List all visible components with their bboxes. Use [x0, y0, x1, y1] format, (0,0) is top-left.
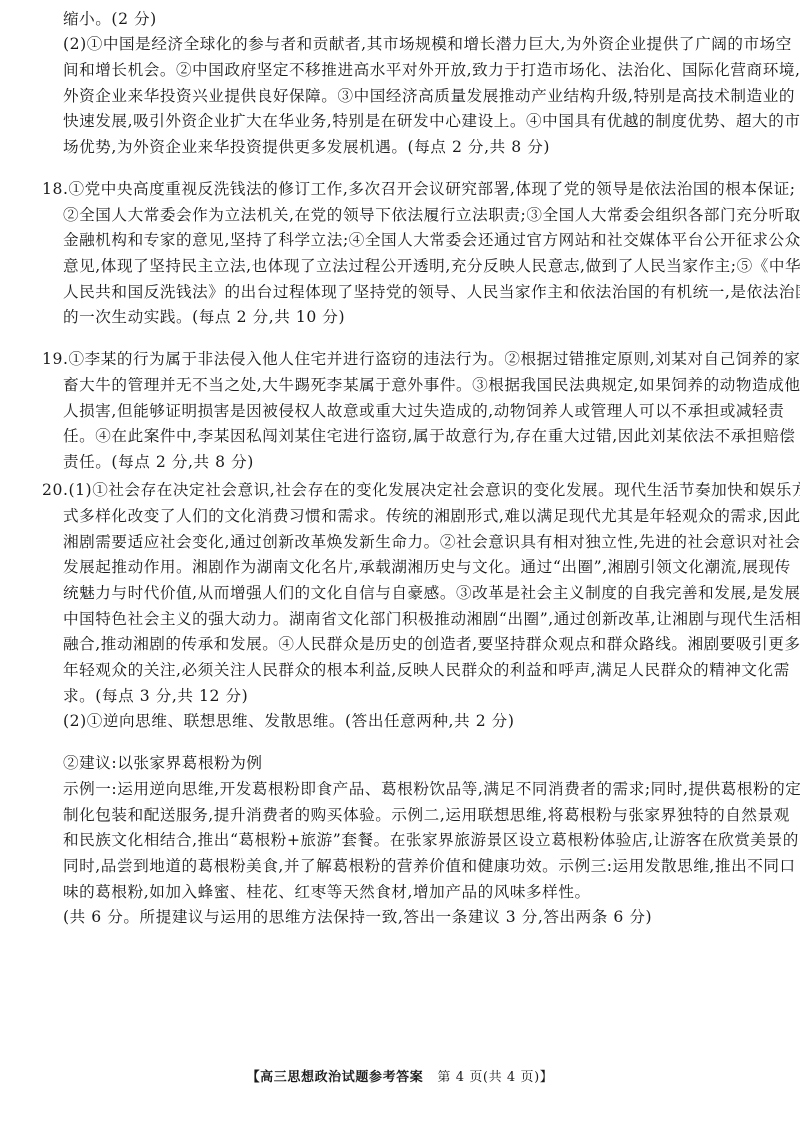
text-line: 快速发展,吸引外资企业扩大在华业务,特别是在研发中心建设上。④中国具有优越的制度… [63, 108, 763, 134]
text-line: 年轻观众的关注,必须关注人民群众的根本利益,反映人民群众的利益和呼声,满足人民群… [63, 657, 763, 683]
page-footer: 【高三思想政治试题参考答案第 4 页(共 4 页)】 [0, 1068, 800, 1088]
text-line: 求。(每点 3 分,共 12 分) [63, 683, 763, 709]
text-line: (2)①中国是经济全球化的参与者和贡献者,其市场规模和增长潜力巨大,为外资企业提… [63, 31, 763, 57]
text-line: 间和增长机会。②中国政府坚定不移推进高水平对外开放,致力于打造市场化、法治化、国… [63, 57, 763, 83]
text-line: (共 6 分。所提建议与运用的思维方法保持一致,答出一条建议 3 分,答出两条 … [63, 904, 763, 930]
text-line: 同时,品尝到地道的葛根粉美食,并了解葛根粉的营养价值和健康功效。示例三:运用发散… [63, 853, 763, 879]
text-line: 人损害,但能够证明损害是因被侵权人故意或重大过失造成的,动物饲养人或管理人可以不… [63, 398, 763, 424]
footer-page-number: 第 4 页(共 4 页)】 [437, 1070, 553, 1085]
text-line: 中国特色社会主义的强大动力。湖南省文化部门积极推动湘剧“出圈”,通过创新改革,让… [63, 606, 763, 632]
text-line: 畜大牛的管理并无不当之处,大牛踢死李某属于意外事件。③根据我国民法典规定,如果饲… [63, 372, 763, 398]
text-line: 金融机构和专家的意见,坚持了科学立法;④全国人大常委会还通过官方网站和社交媒体平… [63, 227, 763, 253]
answer-key-page: 缩小。(2 分)(2)①中国是经济全球化的参与者和贡献者,其市场规模和增长潜力巨… [0, 0, 800, 1132]
text-line: 20.(1)①社会存在决定社会意识,社会存在的变化发展决定社会意识的变化发展。现… [42, 477, 763, 503]
text-line: 味的葛根粉,如加入蜂蜜、桂花、红枣等天然食材,增加产品的风味多样性。 [63, 879, 763, 905]
footer-title: 【高三思想政治试题参考答案 [247, 1070, 424, 1085]
text-line: 意见,体现了坚持民主立法,也体现了立法过程公开透明,充分反映人民意志,做到了人民… [63, 253, 763, 279]
text-line: 的一次生动实践。(每点 2 分,共 10 分) [63, 304, 763, 330]
text-line: 式多样化改变了人们的文化消费习惯和需求。传统的湘剧形式,难以满足现代尤其是年轻观… [63, 503, 763, 529]
text-line: 18.①党中央高度重视反洗钱法的修订工作,多次召开会议研究部署,体现了党的领导是… [42, 176, 763, 202]
text-line: 统魅力与时代价值,从而增强人们的文化自信与自豪感。③改革是社会主义制度的自我完善… [63, 580, 763, 606]
text-line: 融合,推动湘剧的传承和发展。④人民群众是历史的创造者,要坚持群众观点和群众路线。… [63, 631, 763, 657]
text-line: 示例一:运用逆向思维,开发葛根粉即食产品、葛根粉饮品等,满足不同消费者的需求;同… [63, 776, 763, 802]
text-line: 缩小。(2 分) [63, 6, 763, 32]
text-line: 人民共和国反洗钱法》的出台过程体现了坚持党的领导、人民当家作主和依法治国的有机统… [63, 279, 763, 305]
text-line: ②建议:以张家界葛根粉为例 [63, 750, 763, 776]
text-line: 湘剧需要适应社会变化,通过创新改革焕发新生命力。②社会意识具有相对独立性,先进的… [63, 529, 763, 555]
text-line: (2)①逆向思维、联想思维、发散思维。(答出任意两种,共 2 分) [63, 708, 763, 734]
text-line: 发展起推动作用。湘剧作为湖南文化名片,承载湖湘历史与文化。通过“出圈”,湘剧引领… [63, 554, 763, 580]
text-line: 任。④在此案件中,李某因私闯刘某住宅进行盗窃,属于故意行为,存在重大过错,因此刘… [63, 423, 763, 449]
text-line: 外资企业来华投资兴业提供良好保障。③中国经济高质量发展推动产业结构升级,特别是高… [63, 83, 763, 109]
text-line: 和民族文化相结合,推出“葛根粉+旅游”套餐。在张家界旅游景区设立葛根粉体验店,让… [63, 827, 763, 853]
text-line: 场优势,为外资企业来华投资提供更多发展机遇。(每点 2 分,共 8 分) [63, 134, 763, 160]
text-line: 制化包装和配送服务,提升消费者的购买体验。示例二,运用联想思维,将葛根粉与张家界… [63, 802, 763, 828]
text-line: ②全国人大常委会作为立法机关,在党的领导下依法履行立法职责;③全国人大常委会组织… [63, 202, 763, 228]
text-line: 责任。(每点 2 分,共 8 分) [63, 449, 763, 475]
text-line: 19.①李某的行为属于非法侵入他人住宅并进行盗窃的违法行为。②根据过错推定原则,… [42, 346, 763, 372]
